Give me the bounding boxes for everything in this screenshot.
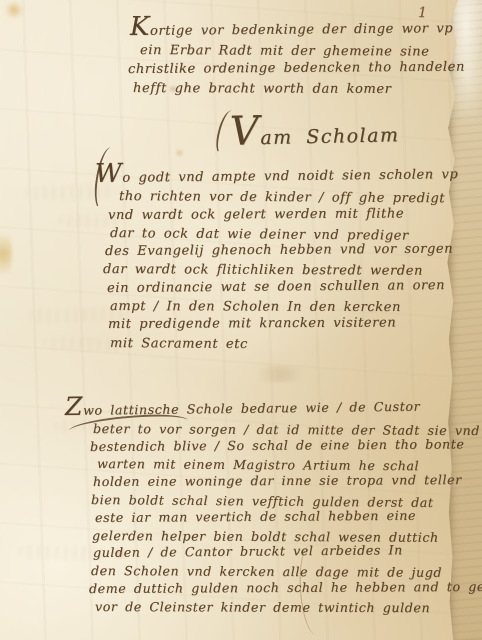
manuscript-line: hefft ghe bracht worth dan komer [133,79,465,99]
intro-paragraph: Kortige vor bedenkinge der dinge wor vp … [128,22,465,98]
manuscript-line: deme duttich gulden noch schal he hebben… [89,578,482,598]
manuscript-line: Wo godt vnd ampte vnd noidt sien scholen… [95,166,459,188]
manuscript-line: christlike ordeninge bedencken tho hande… [128,58,465,79]
manuscript-line: vnd wardt ock gelert werden mit flithe [108,205,458,225]
manuscript-line: holden eine woninge dar inne sie tropa v… [93,471,482,491]
manuscript-line: des Evangelij ghenoch hebben vnd vor sor… [105,241,458,262]
manuscript-line: gulden / de Cantor bruckt vel arbeides I… [93,541,482,562]
manuscript-line: ein ordinancie wat se doen schullen an o… [107,277,458,298]
manuscript-line: este iar man veertich de schal hebben ei… [95,506,482,527]
manuscript-line: mit Sacrament etc [110,335,458,356]
manuscript-line: mit predigende mit krancken visiteren [108,315,458,335]
section-heading: Vam Scholam [230,124,400,150]
manuscript-line: bestendich blive / So schal de eine bien… [90,435,482,456]
main-paragraph: Wo godt vnd ampte vnd noidt sien scholen… [95,170,458,353]
manuscript-line: Kortige vor bedenkinge der dinge wor vp [130,19,465,41]
manuscript-photo: 1 Kortige vor bedenkinge der dinge wor v… [0,0,482,640]
manuscript-line: vor de Cleinster kinder deme twintich gu… [95,598,482,617]
schools-paragraph: Zwo lattinsche Schole bedarue wie / de C… [65,402,482,616]
